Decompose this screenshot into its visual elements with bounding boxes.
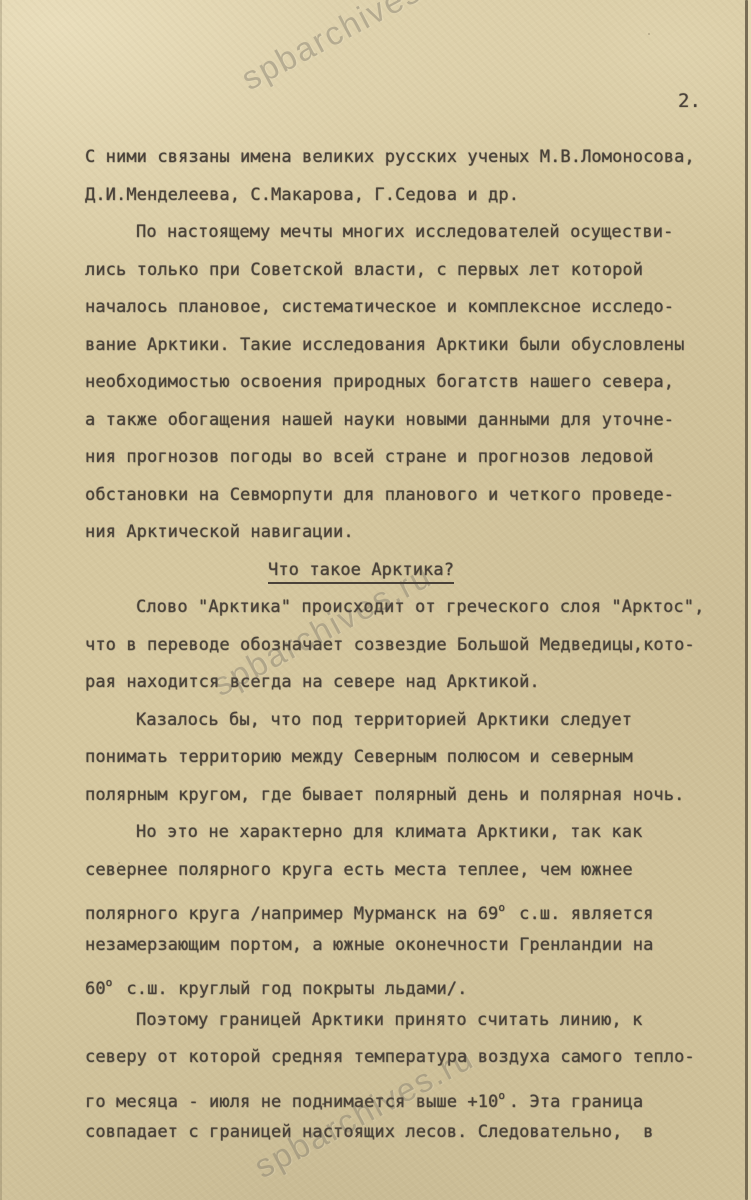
- text-line: вание Арктики. Такие исследования Арктик…: [85, 327, 725, 365]
- text-line: го месяца - июля не поднимается выше +10…: [85, 1077, 725, 1115]
- text-line: незамерзающим портом, а южные оконечност…: [85, 927, 725, 965]
- text-line: необходимостью освоения природных богатс…: [85, 364, 725, 402]
- text-line: По настоящему мечты многих исследователе…: [85, 214, 725, 252]
- text-line: С ними связаны имена великих русских уче…: [85, 139, 725, 177]
- text-line: ния прогнозов погоды во всей стране и пр…: [85, 439, 725, 477]
- text-line: что в переводе обозначает созвездие Боль…: [85, 627, 725, 665]
- text-line: севернее полярного круга есть места тепл…: [85, 852, 725, 890]
- degree-superscript: о: [106, 964, 116, 1002]
- scan-edge-right: [745, 0, 748, 1200]
- text-line: Слово "Арктика" происходит от греческого…: [85, 589, 725, 627]
- text-line: Казалось бы, что под территорией Арктики…: [85, 702, 725, 740]
- text-line: рая находится всегда на севере над Аркти…: [85, 664, 725, 702]
- text-line: началось плановое, систематическое и ком…: [85, 289, 725, 327]
- text-line: а также обогащения нашей науки новыми да…: [85, 402, 725, 440]
- paper-speck: [648, 33, 650, 35]
- page-number: 2.: [678, 90, 701, 112]
- text-line: совпадает с границей настоящих лесов. Сл…: [85, 1114, 725, 1152]
- text-line: Поэтому границей Арктики принято считать…: [85, 1002, 725, 1040]
- text-line: полярным кругом, где бывает полярный ден…: [85, 777, 725, 815]
- text-line: ния Арктической навигации.: [85, 514, 725, 552]
- section-heading: Что такое Арктика?: [85, 552, 725, 590]
- scanned-page: { "page": { "number": "2.", "watermark_t…: [0, 0, 751, 1200]
- text-line: обстановки на Севморпути для планового и…: [85, 477, 725, 515]
- scan-edge-left: [0, 0, 2, 1200]
- paper-speck: [322, 1103, 325, 1105]
- document-body: С ними связаны имена великих русских уче…: [85, 139, 725, 1152]
- section-heading-text: Что такое Арктика?: [268, 558, 454, 584]
- text-line: 60о с.ш. круглый год покрыты льдами/.: [85, 964, 725, 1002]
- text-line: Но это не характерно для климата Арктики…: [85, 814, 725, 852]
- text-line: Д.И.Менделеева, С.Макарова, Г.Седова и д…: [85, 177, 725, 215]
- text-line: северу от которой средняя температура во…: [85, 1039, 725, 1077]
- text-line: понимать территорию между Северным полюс…: [85, 739, 725, 777]
- text-line: лись только при Советской власти, с перв…: [85, 252, 725, 290]
- degree-superscript: о: [498, 1077, 508, 1115]
- paper-speck: [118, 862, 120, 864]
- degree-superscript: о: [498, 889, 508, 927]
- text-line: полярного круга /например Мурманск на 69…: [85, 889, 725, 927]
